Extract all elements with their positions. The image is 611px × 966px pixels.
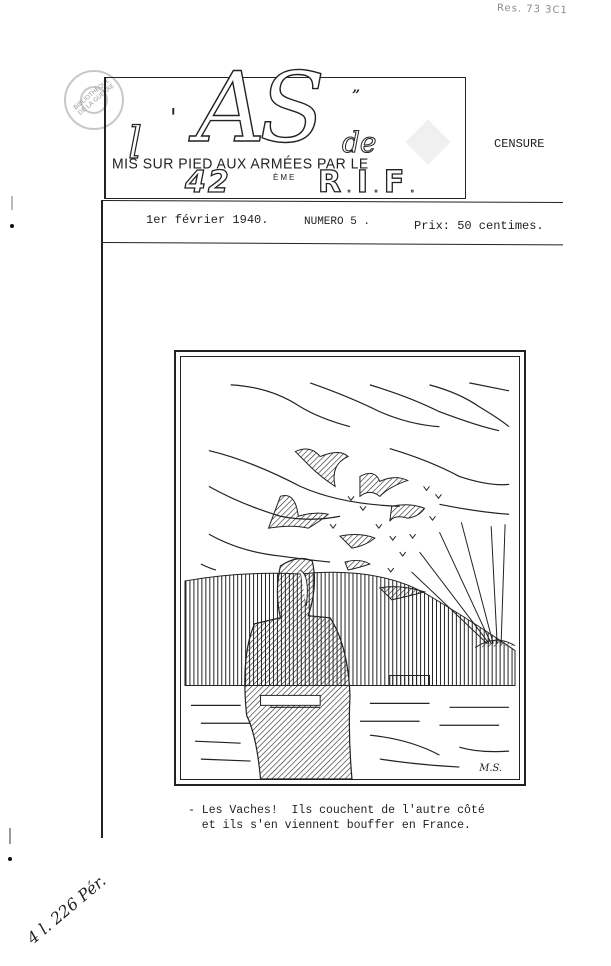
margin-dot-top	[10, 224, 14, 228]
caption-line-2: et ils s'en viennent bouffer en France.	[188, 818, 471, 833]
info-bar-bottom-rule	[103, 242, 563, 245]
censure-label: CENSURE	[494, 137, 544, 151]
separator-dot: .	[410, 184, 420, 195]
soldier-birds-landscape-image: M.S.	[181, 357, 519, 779]
separator-dot: .	[347, 184, 357, 195]
illustration-drawing: M.S.	[180, 356, 520, 780]
issue-price: Prix: 50 centimes.	[414, 219, 544, 233]
issue-date: 1er février 1940.	[146, 213, 268, 227]
archive-code: Res. 73 3C1	[497, 3, 568, 16]
separator-dot: .	[374, 184, 384, 195]
margin-dot-bottom	[8, 857, 12, 861]
illustration-frame: M.S.	[174, 350, 526, 786]
regiment-letter-i: I	[357, 165, 374, 200]
info-bar-top-rule	[103, 200, 563, 203]
caption-line-1: - Les Vaches! Ils couchent de l'autre cô…	[188, 803, 485, 818]
regiment-letter-f: F	[384, 165, 411, 200]
artist-signature: M.S.	[478, 763, 502, 774]
title-quote: ”	[352, 88, 360, 104]
issue-number: NUMERO 5 .	[304, 216, 370, 228]
regiment-ordinal: ÈME	[273, 173, 296, 182]
margin-mark-bottom	[9, 828, 11, 844]
regiment-number: 42	[185, 168, 231, 198]
left-margin-rule	[101, 200, 103, 838]
regiment-letter-r: R	[318, 165, 347, 200]
handwritten-shelf-mark: 4 l. 226 Pér.	[23, 871, 109, 948]
margin-mark-top	[11, 196, 13, 210]
title-apostrophe: '	[170, 104, 177, 132]
regiment-letters: R.I.F.	[318, 168, 420, 198]
title-main: AS	[196, 60, 319, 156]
